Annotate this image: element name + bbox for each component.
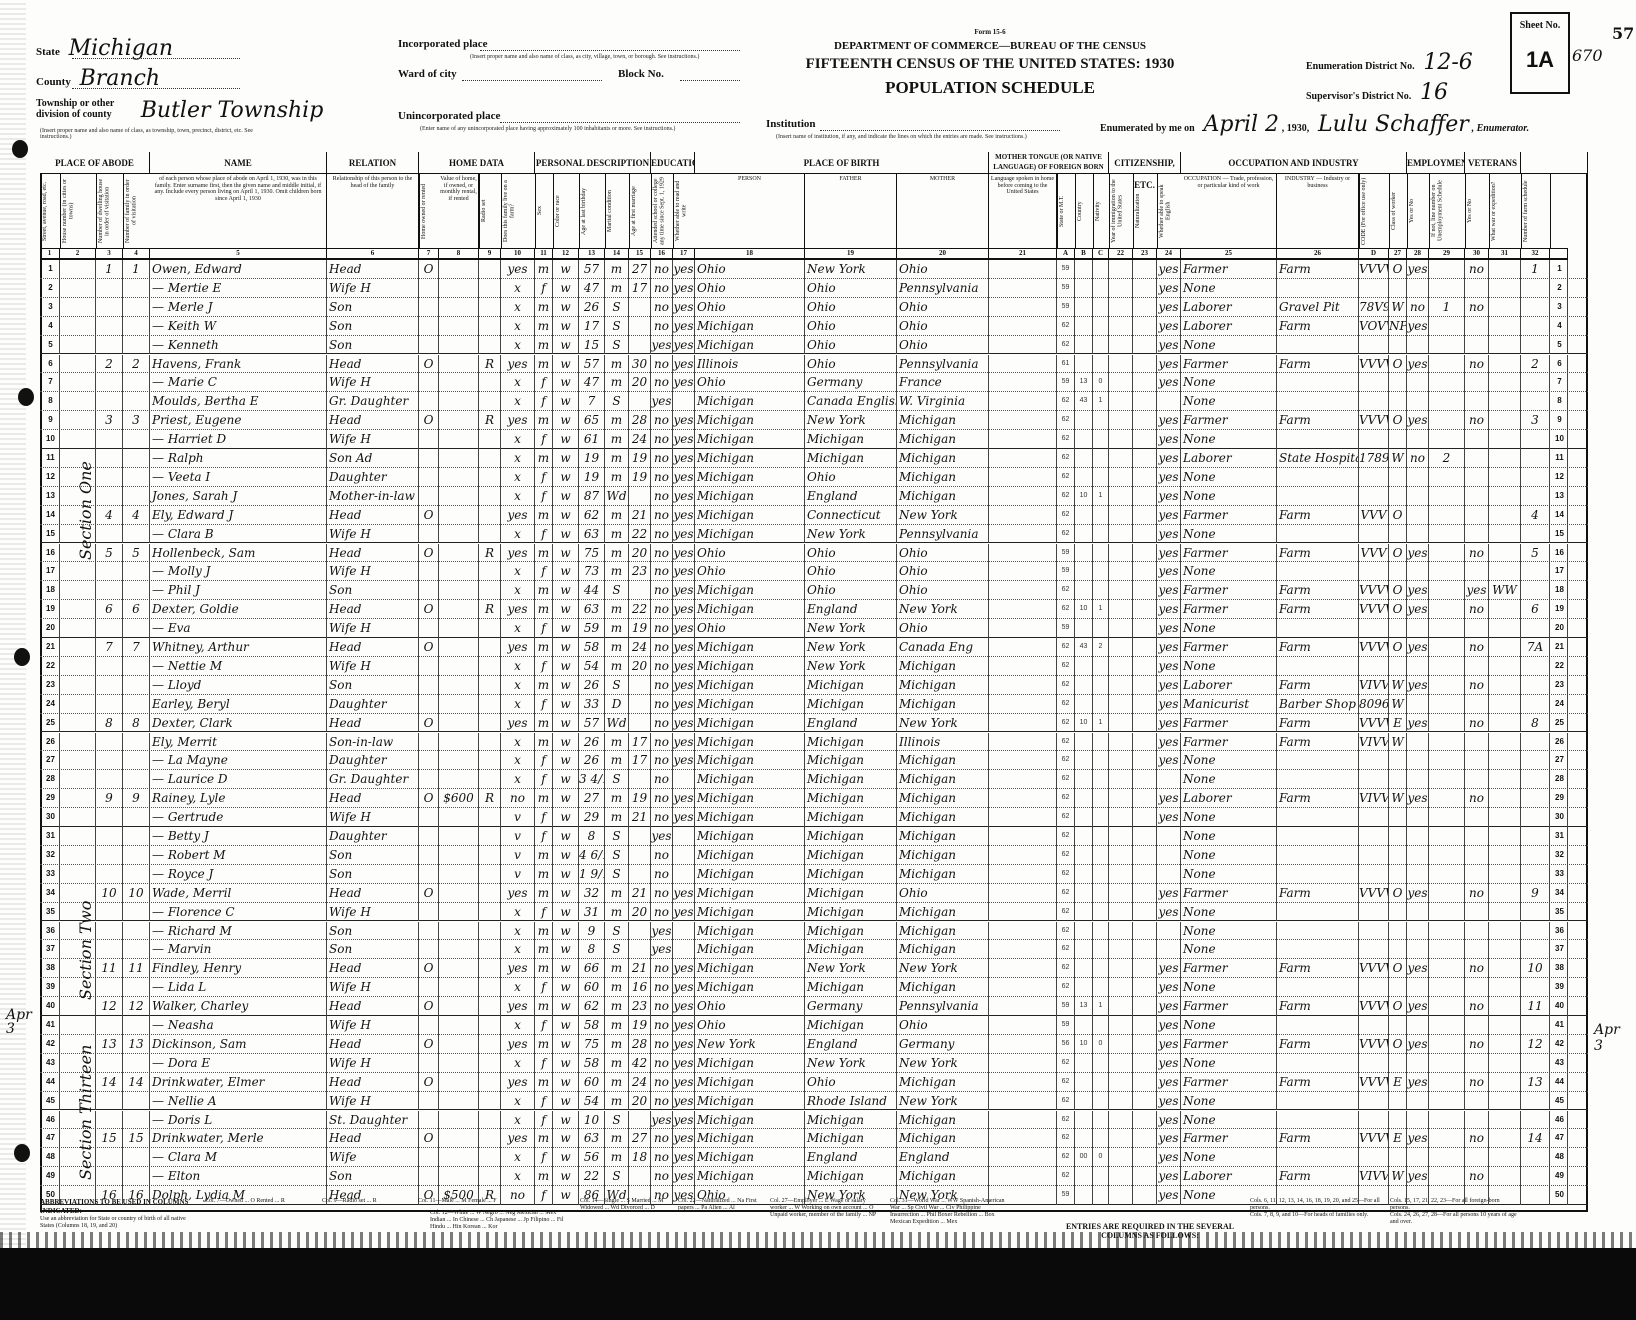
cell-occupation: Laborer: [1181, 1167, 1277, 1186]
cell-unemp: [1429, 676, 1465, 695]
cell-english: yes: [1157, 714, 1181, 733]
cell-vet: no: [1465, 544, 1489, 563]
cell-vet: [1465, 1054, 1489, 1073]
cell-relation: Wife H: [327, 279, 419, 298]
cell-birth-person: Ohio: [695, 298, 805, 317]
cell-marital: S: [605, 676, 629, 695]
cell-empty: [989, 449, 1057, 468]
cell-birth-mother: Michigan: [897, 468, 989, 487]
column-number: 6: [327, 248, 419, 260]
cell-line: 46: [40, 1111, 60, 1130]
table-row: 2177Whitney, ArthurHeadOyesmw58m24noyesM…: [40, 638, 1588, 657]
cell-empty: [60, 581, 96, 600]
cell-vet: no: [1465, 884, 1489, 903]
cell-industry: [1277, 751, 1359, 770]
cell-occupation: None: [1181, 865, 1277, 884]
cell-read: yes: [673, 808, 695, 827]
cell-empty: [1133, 770, 1157, 789]
cell-empty: [989, 1092, 1057, 1111]
cell-family: [123, 279, 150, 298]
cell-line: 50: [1550, 1186, 1568, 1205]
cell-farm: yes: [501, 1035, 535, 1054]
cell-school: no: [651, 657, 673, 676]
cell-race: w: [553, 1092, 579, 1111]
institution-field: Institution: [766, 118, 816, 130]
cell-empty: [989, 638, 1057, 657]
cell-value: [439, 770, 479, 789]
cell-class: [1389, 751, 1407, 770]
cell-home: [419, 619, 439, 638]
cell-english: [1157, 827, 1181, 846]
cell-read: [673, 865, 695, 884]
cell-occupation: None: [1181, 430, 1277, 449]
cell-radio: R: [479, 544, 501, 563]
cell-occupation: Manicurist: [1181, 695, 1277, 714]
cell-read: yes: [673, 430, 695, 449]
cell-line: 8: [40, 392, 60, 411]
cell-school: no: [651, 411, 673, 430]
cell-industry: Farm: [1277, 1073, 1359, 1092]
cell-empty: [60, 430, 96, 449]
cell-line: 25: [1550, 714, 1568, 733]
table-row: 12— Veeta IDaughterxfw19m19noyesMichigan…: [40, 468, 1588, 487]
cell-age-marr: [629, 336, 651, 355]
cell-birth-mother: Michigan: [897, 789, 989, 808]
cell-empty: [60, 695, 96, 714]
cell-class: W: [1389, 789, 1407, 808]
cell-dwelling: [96, 808, 123, 827]
cell-code-d: [1359, 525, 1389, 544]
cell-birth-father: New York: [805, 411, 897, 430]
cell-work: yes: [1407, 581, 1429, 600]
cell-age-marr: 27: [629, 1129, 651, 1148]
cell-read: yes: [673, 562, 695, 581]
cell-work: no: [1407, 298, 1429, 317]
scan-border: [0, 1248, 1636, 1320]
cell-empty: [1133, 1186, 1157, 1205]
cell-occupation: None: [1181, 922, 1277, 941]
cell-code-d: [1359, 468, 1389, 487]
cell-code-c: 1: [1093, 714, 1109, 733]
cell-war: [1489, 884, 1521, 903]
cell-birth-person: Ohio: [695, 562, 805, 581]
cell-value: [439, 392, 479, 411]
cell-code-b: 13: [1075, 997, 1093, 1016]
cell-relation: Son: [327, 336, 419, 355]
cell-class: [1389, 392, 1407, 411]
cell-sex: f: [535, 1111, 553, 1130]
cell-code-a: 62: [1057, 1129, 1075, 1148]
cell-dwelling: 1: [96, 260, 123, 279]
cell-code-b: [1075, 336, 1093, 355]
cell-value: [439, 884, 479, 903]
cell-code-b: [1075, 619, 1093, 638]
cell-dwelling: [96, 695, 123, 714]
cell-empty: [989, 487, 1057, 506]
cell-family: 14: [123, 1073, 150, 1092]
column-header: Class of worker: [1389, 174, 1407, 248]
cell-name: Moulds, Bertha E: [150, 392, 327, 411]
cell-race: w: [553, 279, 579, 298]
cell-birth-mother: Michigan: [897, 657, 989, 676]
cell-code-c: 0: [1093, 1035, 1109, 1054]
cell-relation: Wife H: [327, 903, 419, 922]
cell-age-marr: 28: [629, 411, 651, 430]
cell-home: [419, 317, 439, 336]
cell-age: 73: [579, 562, 605, 581]
cell-birth-person: Michigan: [695, 1073, 805, 1092]
cell-relation: Son: [327, 846, 419, 865]
cell-marital: S: [605, 827, 629, 846]
cell-birth-person: Illinois: [695, 355, 805, 374]
cell-sex: m: [535, 884, 553, 903]
column-header: Street, avenue, road, etc.: [40, 174, 60, 248]
cell-birth-mother: Illinois: [897, 733, 989, 752]
cell-value: [439, 525, 479, 544]
cell-code-b: 10: [1075, 1035, 1093, 1054]
cell-age-marr: 20: [629, 544, 651, 563]
cell-family: [123, 373, 150, 392]
cell-age-marr: [629, 581, 651, 600]
underline: [820, 130, 1060, 131]
cell-age: 33: [579, 695, 605, 714]
cell-code-b: [1075, 1186, 1093, 1205]
cell-code-a: 62: [1057, 978, 1075, 997]
cell-dwelling: 11: [96, 959, 123, 978]
column-number: 8: [439, 248, 479, 260]
cell-birth-person: Michigan: [695, 846, 805, 865]
cell-english: yes: [1157, 355, 1181, 374]
cell-family: 11: [123, 959, 150, 978]
cell-code-d: VVV: [1359, 506, 1389, 525]
cell-code-d: VVV: [1359, 544, 1389, 563]
cell-age-marr: 20: [629, 657, 651, 676]
cell-industry: [1277, 865, 1359, 884]
cell-home: [419, 1148, 439, 1167]
cell-line: 36: [1550, 922, 1568, 941]
cell-read: yes: [673, 1035, 695, 1054]
cell-age-marr: 22: [629, 600, 651, 619]
cell-sex: m: [535, 1035, 553, 1054]
cell-school: no: [651, 487, 673, 506]
cell-work: [1407, 1092, 1429, 1111]
cell-code-b: [1075, 808, 1093, 827]
cell-line: 35: [40, 903, 60, 922]
cell-sex: f: [535, 562, 553, 581]
cell-farm: x: [501, 770, 535, 789]
cell-code-b: 10: [1075, 600, 1093, 619]
table-row: 20— EvaWife Hxfw59m19noyesOhioNew YorkOh…: [40, 619, 1588, 638]
cell-work: [1407, 373, 1429, 392]
cell-value: [439, 619, 479, 638]
cell-birth-person: Michigan: [695, 336, 805, 355]
cell-read: [673, 846, 695, 865]
cell-sex: f: [535, 525, 553, 544]
cell-vet: [1465, 1148, 1489, 1167]
cell-line: 49: [40, 1167, 60, 1186]
cell-class: O: [1389, 600, 1407, 619]
cell-birth-father: Michigan: [805, 808, 897, 827]
cell-race: w: [553, 1073, 579, 1092]
cell-vet: no: [1465, 997, 1489, 1016]
cell-class: [1389, 373, 1407, 392]
cell-farm: yes: [501, 600, 535, 619]
cell-relation: Son: [327, 1167, 419, 1186]
cell-marital: m: [605, 506, 629, 525]
cell-birth-father: Ohio: [805, 581, 897, 600]
cell-value: [439, 638, 479, 657]
cell-marital: m: [605, 884, 629, 903]
cell-radio: [479, 751, 501, 770]
cell-dwelling: [96, 468, 123, 487]
column-header: Year of immigration to the United States: [1109, 174, 1133, 248]
cell-age-marr: [629, 317, 651, 336]
cell-line: 7: [1550, 373, 1568, 392]
abbrev-col11: Col. 11—Male ... M Female ... F: [418, 1198, 508, 1205]
cell-age: 10: [579, 1111, 605, 1130]
cell-value: [439, 411, 479, 430]
cell-unemp: [1429, 1035, 1465, 1054]
cell-line: 15: [1550, 525, 1568, 544]
cell-race: w: [553, 544, 579, 563]
cell-line: 1: [1550, 260, 1568, 279]
cell-occupation: None: [1181, 1092, 1277, 1111]
cell-war: [1489, 317, 1521, 336]
cell-empty: [1109, 733, 1133, 752]
cell-race: w: [553, 827, 579, 846]
cell-birth-person: Michigan: [695, 865, 805, 884]
table-row: 7— Marie CWife Hxfw47m20noyesOhioGermany…: [40, 373, 1588, 392]
cell-line: 5: [40, 336, 60, 355]
cell-empty: [1109, 940, 1133, 959]
cell-radio: [479, 298, 501, 317]
cell-read: yes: [673, 279, 695, 298]
cell-unemp: [1429, 978, 1465, 997]
cell-family: 15: [123, 1129, 150, 1148]
cell-code-a: 62: [1057, 770, 1075, 789]
cell-code-a: 59: [1057, 1016, 1075, 1035]
cell-unemp: 1: [1429, 298, 1465, 317]
cell-empty: [989, 751, 1057, 770]
cell-industry: [1277, 808, 1359, 827]
cell-radio: [479, 1054, 501, 1073]
cell-home: [419, 525, 439, 544]
cell-english: yes: [1157, 1054, 1181, 1073]
column-header: OCCUPATION — Trade, profession, or parti…: [1181, 174, 1277, 248]
cell-industry: [1277, 468, 1359, 487]
cell-birth-person: Michigan: [695, 733, 805, 752]
cell-race: w: [553, 619, 579, 638]
cell-birth-mother: New York: [897, 506, 989, 525]
cell-line: 2: [1550, 279, 1568, 298]
cell-age: 32: [579, 884, 605, 903]
cell-age: 59: [579, 619, 605, 638]
cell-radio: R: [479, 600, 501, 619]
cell-class: O: [1389, 260, 1407, 279]
cell-family: [123, 1016, 150, 1035]
cell-sex: m: [535, 336, 553, 355]
cell-sex: m: [535, 260, 553, 279]
group-header: VETERANS: [1465, 152, 1521, 174]
cell-race: w: [553, 355, 579, 374]
cell-code-c: 1: [1093, 600, 1109, 619]
cell-code-c: [1093, 1092, 1109, 1111]
cell-birth-mother: Michigan: [897, 846, 989, 865]
cell-code-c: [1093, 733, 1109, 752]
cell-relation: Wife H: [327, 525, 419, 544]
cell-farm: x: [501, 1092, 535, 1111]
cell-work: [1407, 770, 1429, 789]
cell-name: — Laurice D: [150, 770, 327, 789]
cell-vet: [1465, 657, 1489, 676]
cell-read: yes: [673, 1073, 695, 1092]
cell-school: no: [651, 619, 673, 638]
cell-empty: [1133, 619, 1157, 638]
cell-code-a: 61: [1057, 355, 1075, 374]
cell-code-c: [1093, 657, 1109, 676]
cell-race: w: [553, 487, 579, 506]
cell-line: 31: [1550, 827, 1568, 846]
cell-empty: [1133, 298, 1157, 317]
column-header: Does this family live on a farm?: [501, 174, 535, 248]
cell-radio: [479, 827, 501, 846]
cell-race: w: [553, 562, 579, 581]
table-row: 441414Drinkwater, ElmerHeadOyesmw60m24no…: [40, 1073, 1588, 1092]
cell-family: [123, 298, 150, 317]
cell-age: 3 4/12: [579, 770, 605, 789]
cell-marital: S: [605, 846, 629, 865]
cell-farm-sched: [1521, 336, 1550, 355]
cell-english: [1157, 865, 1181, 884]
cell-line: 28: [1550, 770, 1568, 789]
cell-name: — Phil J: [150, 581, 327, 600]
cell-relation: Son Ad: [327, 449, 419, 468]
cell-school: no: [651, 544, 673, 563]
cell-empty: [1133, 430, 1157, 449]
cell-unemp: [1429, 714, 1465, 733]
cell-birth-person: Michigan: [695, 884, 805, 903]
cell-dwelling: [96, 922, 123, 941]
cell-school: no: [651, 903, 673, 922]
cell-code-b: [1075, 411, 1093, 430]
cell-birth-person: Michigan: [695, 770, 805, 789]
cell-occupation: Laborer: [1181, 298, 1277, 317]
column-number: 27: [1389, 248, 1407, 260]
cell-farm-sched: 9: [1521, 884, 1550, 903]
cell-unemp: [1429, 411, 1465, 430]
cell-code-b: [1075, 468, 1093, 487]
cell-empty: [989, 1016, 1057, 1035]
form-number: Form 15-6: [800, 28, 1180, 36]
group-header: OCCUPATION AND INDUSTRY: [1181, 152, 1407, 174]
cell-english: [1157, 392, 1181, 411]
cell-race: w: [553, 1035, 579, 1054]
cell-code-a: 62: [1057, 1092, 1075, 1111]
cell-read: yes: [673, 1054, 695, 1073]
cell-work: [1407, 733, 1429, 752]
cell-birth-mother: England: [897, 1148, 989, 1167]
cell-farm: x: [501, 978, 535, 997]
cell-unemp: [1429, 733, 1465, 752]
cell-farm-sched: [1521, 1092, 1550, 1111]
cell-home: [419, 903, 439, 922]
cell-war: [1489, 789, 1521, 808]
cell-code-b: 43: [1075, 638, 1093, 657]
cell-name: — Neasha: [150, 1016, 327, 1035]
cell-radio: [479, 903, 501, 922]
cell-marital: m: [605, 525, 629, 544]
cell-empty: [1133, 959, 1157, 978]
cell-birth-mother: Michigan: [897, 449, 989, 468]
cell-dwelling: [96, 279, 123, 298]
cell-empty: [1109, 695, 1133, 714]
cell-radio: [479, 317, 501, 336]
cell-race: w: [553, 676, 579, 695]
cell-home: [419, 468, 439, 487]
cell-value: [439, 903, 479, 922]
cell-race: w: [553, 506, 579, 525]
cell-english: yes: [1157, 903, 1181, 922]
cell-school: no: [651, 373, 673, 392]
cell-empty: [1109, 1073, 1133, 1092]
cell-war: [1489, 336, 1521, 355]
cell-name: — Harriet D: [150, 430, 327, 449]
cell-empty: [1109, 1111, 1133, 1130]
cell-code-b: [1075, 789, 1093, 808]
cell-age: 17: [579, 317, 605, 336]
cell-name: — Lloyd: [150, 676, 327, 695]
cell-birth-person: Michigan: [695, 487, 805, 506]
column-header: Yes or No: [1465, 174, 1489, 248]
cell-home: O: [419, 1035, 439, 1054]
cell-war: [1489, 865, 1521, 884]
cell-class: [1389, 940, 1407, 959]
cell-empty: [60, 355, 96, 374]
cell-war: [1489, 770, 1521, 789]
cell-farm: yes: [501, 544, 535, 563]
cell-line: 44: [40, 1073, 60, 1092]
cell-empty: [989, 733, 1057, 752]
cell-name: — Elton: [150, 1167, 327, 1186]
cell-family: [123, 487, 150, 506]
cell-code-d: [1359, 1092, 1389, 1111]
cell-empty: [989, 260, 1057, 279]
cell-empty: [989, 562, 1057, 581]
cell-code-b: [1075, 978, 1093, 997]
cell-value: [439, 808, 479, 827]
cell-dwelling: [96, 1016, 123, 1035]
cell-age: 56: [579, 1148, 605, 1167]
cell-birth-father: Ohio: [805, 468, 897, 487]
cell-english: yes: [1157, 544, 1181, 563]
cell-code-a: 59: [1057, 562, 1075, 581]
cell-code-d: [1359, 770, 1389, 789]
cell-empty: [60, 260, 96, 279]
cell-vet: [1465, 865, 1489, 884]
cell-sex: f: [535, 808, 553, 827]
table-row: 622Havens, FrankHeadORyesmw57m30noyesIll…: [40, 355, 1588, 374]
cell-family: 6: [123, 600, 150, 619]
cell-occupation: Farmer: [1181, 411, 1277, 430]
column-number: 22: [1109, 248, 1133, 260]
cell-relation: Wife: [327, 1148, 419, 1167]
column-header: Home owned or rented: [419, 174, 439, 248]
cell-birth-mother: Canada Eng: [897, 638, 989, 657]
cell-marital: Wd: [605, 714, 629, 733]
cell-empty: [1133, 808, 1157, 827]
cell-war: [1489, 959, 1521, 978]
cell-birth-father: Rhode Island: [805, 1092, 897, 1111]
